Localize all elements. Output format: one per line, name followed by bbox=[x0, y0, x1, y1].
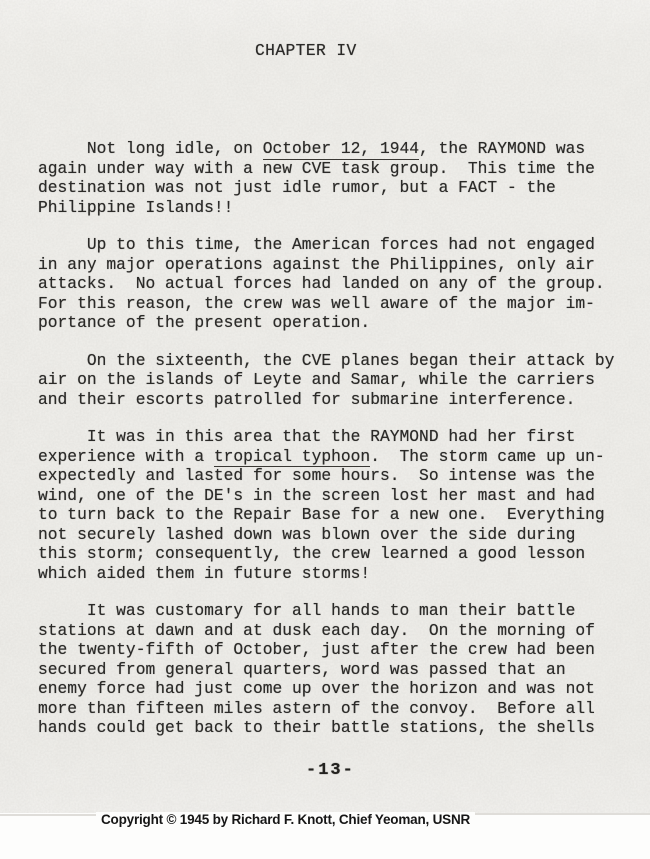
text-line: the twenty-fifth of October, just after … bbox=[38, 640, 628, 660]
text-segment: For this reason, the crew was well aware… bbox=[38, 294, 595, 313]
text-line: attacks. No actual forces had landed on … bbox=[38, 274, 628, 294]
underlined-text: October 12, 1944 bbox=[263, 139, 419, 160]
text-segment: destination was not just idle rumor, but… bbox=[38, 178, 556, 197]
text-segment: expectedly and lasted for some hours. So… bbox=[38, 466, 595, 485]
text-segment: this storm; consequently, the crew learn… bbox=[38, 544, 585, 563]
text-segment: On the sixteenth, the CVE planes began t… bbox=[38, 351, 614, 370]
text-segment: to turn back to the Repair Base for a ne… bbox=[38, 505, 605, 524]
text-segment: in any major operations against the Phil… bbox=[38, 255, 595, 274]
text-segment: . The storm came up un- bbox=[370, 447, 605, 466]
paragraph: Up to this time, the American forces had… bbox=[38, 235, 628, 333]
text-line: secured from general quarters, word was … bbox=[38, 660, 628, 680]
text-segment: Not long idle, on bbox=[38, 139, 263, 158]
text-segment: and their escorts patrolled for submarin… bbox=[38, 390, 575, 409]
text-line: wind, one of the DE's in the screen lost… bbox=[38, 486, 628, 506]
text-line: portance of the present operation. bbox=[38, 313, 628, 333]
paragraph: On the sixteenth, the CVE planes began t… bbox=[38, 351, 628, 410]
text-segment: portance of the present operation. bbox=[38, 313, 370, 332]
text-line: For this reason, the crew was well aware… bbox=[38, 294, 628, 314]
text-line: On the sixteenth, the CVE planes began t… bbox=[38, 351, 628, 371]
text-segment: stations at dawn and at dusk each day. O… bbox=[38, 621, 595, 640]
text-line: in any major operations against the Phil… bbox=[38, 255, 628, 275]
chapter-heading: CHAPTER IV bbox=[255, 41, 357, 60]
document-body: Not long idle, on October 12, 1944, the … bbox=[38, 139, 628, 756]
text-segment: the twenty-fifth of October, just after … bbox=[38, 640, 595, 659]
text-line: experience with a tropical typhoon. The … bbox=[38, 447, 628, 467]
page-number: -13- bbox=[306, 761, 355, 780]
text-line: and their escorts patrolled for submarin… bbox=[38, 390, 628, 410]
copyright-line: Copyright © 1945 by Richard F. Knott, Ch… bbox=[96, 812, 475, 827]
text-line: It was in this area that the RAYMOND had… bbox=[38, 427, 628, 447]
text-line: It was customary for all hands to man th… bbox=[38, 601, 628, 621]
text-line: enemy force had just come up over the ho… bbox=[38, 679, 628, 699]
text-segment: Up to this time, the American forces had… bbox=[38, 235, 595, 254]
text-line: this storm; consequently, the crew learn… bbox=[38, 544, 628, 564]
text-line: expectedly and lasted for some hours. So… bbox=[38, 466, 628, 486]
text-line: Up to this time, the American forces had… bbox=[38, 235, 628, 255]
underlined-text: tropical typhoon bbox=[214, 447, 370, 468]
text-segment: Philippine Islands!! bbox=[38, 198, 233, 217]
paragraph: It was in this area that the RAYMOND had… bbox=[38, 427, 628, 583]
text-segment: attacks. No actual forces had landed on … bbox=[38, 274, 605, 293]
text-segment: , the RAYMOND was bbox=[419, 139, 585, 158]
text-line: hands could get back to their battle sta… bbox=[38, 718, 628, 738]
text-line: Not long idle, on October 12, 1944, the … bbox=[38, 139, 628, 159]
text-line: air on the islands of Leyte and Samar, w… bbox=[38, 370, 628, 390]
text-line: stations at dawn and at dusk each day. O… bbox=[38, 621, 628, 641]
text-segment: experience with a bbox=[38, 447, 214, 466]
text-segment: It was customary for all hands to man th… bbox=[38, 601, 575, 620]
text-segment: again under way with a new CVE task grou… bbox=[38, 159, 595, 178]
text-line: more than fifteen miles astern of the co… bbox=[38, 699, 628, 719]
text-line: not securely lashed down was blown over … bbox=[38, 525, 628, 545]
text-line: to turn back to the Repair Base for a ne… bbox=[38, 505, 628, 525]
text-segment: secured from general quarters, word was … bbox=[38, 660, 566, 679]
text-line: which aided them in future storms! bbox=[38, 564, 628, 584]
page-edge-line bbox=[0, 814, 102, 816]
text-segment: air on the islands of Leyte and Samar, w… bbox=[38, 370, 595, 389]
text-line: Philippine Islands!! bbox=[38, 198, 628, 218]
paragraph: Not long idle, on October 12, 1944, the … bbox=[38, 139, 628, 217]
text-segment: which aided them in future storms! bbox=[38, 564, 370, 583]
text-segment: more than fifteen miles astern of the co… bbox=[38, 699, 595, 718]
text-segment: It was in this area that the RAYMOND had… bbox=[38, 427, 575, 446]
paragraph: It was customary for all hands to man th… bbox=[38, 601, 628, 738]
text-segment: enemy force had just come up over the ho… bbox=[38, 679, 595, 698]
text-line: again under way with a new CVE task grou… bbox=[38, 159, 628, 179]
scanned-page: CHAPTER IV Not long idle, on October 12,… bbox=[0, 0, 650, 813]
page-edge-line bbox=[466, 813, 650, 815]
text-segment: hands could get back to their battle sta… bbox=[38, 718, 595, 737]
text-segment: wind, one of the DE's in the screen lost… bbox=[38, 486, 595, 505]
text-segment: not securely lashed down was blown over … bbox=[38, 525, 575, 544]
text-line: destination was not just idle rumor, but… bbox=[38, 178, 628, 198]
